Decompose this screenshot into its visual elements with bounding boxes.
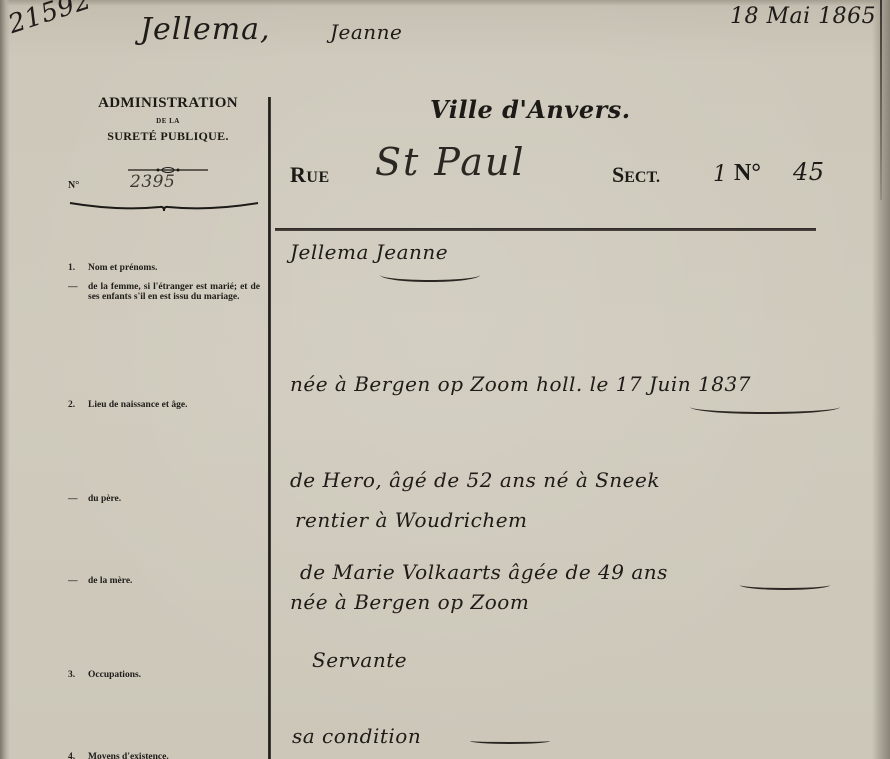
field-label-spouse-children: —de la femme, si l'étranger est marié; e… xyxy=(68,282,260,302)
street-label: RUE xyxy=(290,162,330,188)
name-swash xyxy=(380,268,480,282)
birth-swash xyxy=(690,400,840,414)
section-value: 1 xyxy=(713,162,728,187)
field-label-occupations: 3.Occupations. xyxy=(68,670,141,680)
entry-father-line2: rentier à Woudrichem xyxy=(295,508,528,532)
document-page: 21592 Jellema, Jeanne 18 Mai 1865 ADMINI… xyxy=(0,0,890,759)
brace-divider-icon xyxy=(68,199,260,215)
entry-means: sa condition xyxy=(292,724,421,748)
header-given-name: Jeanne xyxy=(330,20,402,44)
column-divider xyxy=(268,97,271,759)
means-swash xyxy=(470,738,550,744)
header-date: 18 Mai 1865 xyxy=(730,4,876,29)
field-label-means: 4.Moyens d'existence. xyxy=(68,752,169,759)
entry-birth: née à Bergen op Zoom holl. le 17 Juin 18… xyxy=(290,372,751,396)
entry-name: Jellema Jeanne xyxy=(290,240,448,264)
header-surname: Jellema, xyxy=(140,12,271,47)
administration-title: ADMINISTRATION xyxy=(68,95,268,112)
registry-number-label: N° xyxy=(68,180,79,191)
entry-mother-line1: de Marie Volkaarts âgée de 49 ans xyxy=(300,560,668,584)
street-value: St Paul xyxy=(375,140,526,184)
field-label-mother: —de la mère. xyxy=(68,576,132,586)
entry-father-line1: de Hero, âgé de 52 ans né à Sneek xyxy=(290,468,660,492)
city-title: Ville d'Anvers. xyxy=(430,95,631,124)
archive-number: 21592 xyxy=(5,0,95,40)
entry-mother-line2: née à Bergen op Zoom xyxy=(290,590,529,614)
paper-edge-right-line xyxy=(880,0,882,200)
entry-occupation: Servante xyxy=(312,648,407,672)
administration-block: ADMINISTRATION DE LA SURETÉ PUBLIQUE. xyxy=(68,95,268,144)
paper-edge-left xyxy=(0,0,10,759)
house-number-value: 45 xyxy=(793,158,825,186)
administration-subtitle: SURETÉ PUBLIQUE. xyxy=(68,129,268,144)
field-label-birthplace-age: 2.Lieu de naissance et âge. xyxy=(68,400,187,410)
field-label-father: —du père. xyxy=(68,494,121,504)
section-label: SECT. xyxy=(612,162,660,188)
field-label-name: 1.Nom et prénoms. xyxy=(68,263,157,273)
header-rule xyxy=(275,228,816,231)
mother-swash xyxy=(740,580,830,590)
administration-de-la: DE LA xyxy=(68,117,268,125)
registry-number-value: 2395 xyxy=(130,172,175,192)
house-number-label: N° xyxy=(734,160,761,187)
